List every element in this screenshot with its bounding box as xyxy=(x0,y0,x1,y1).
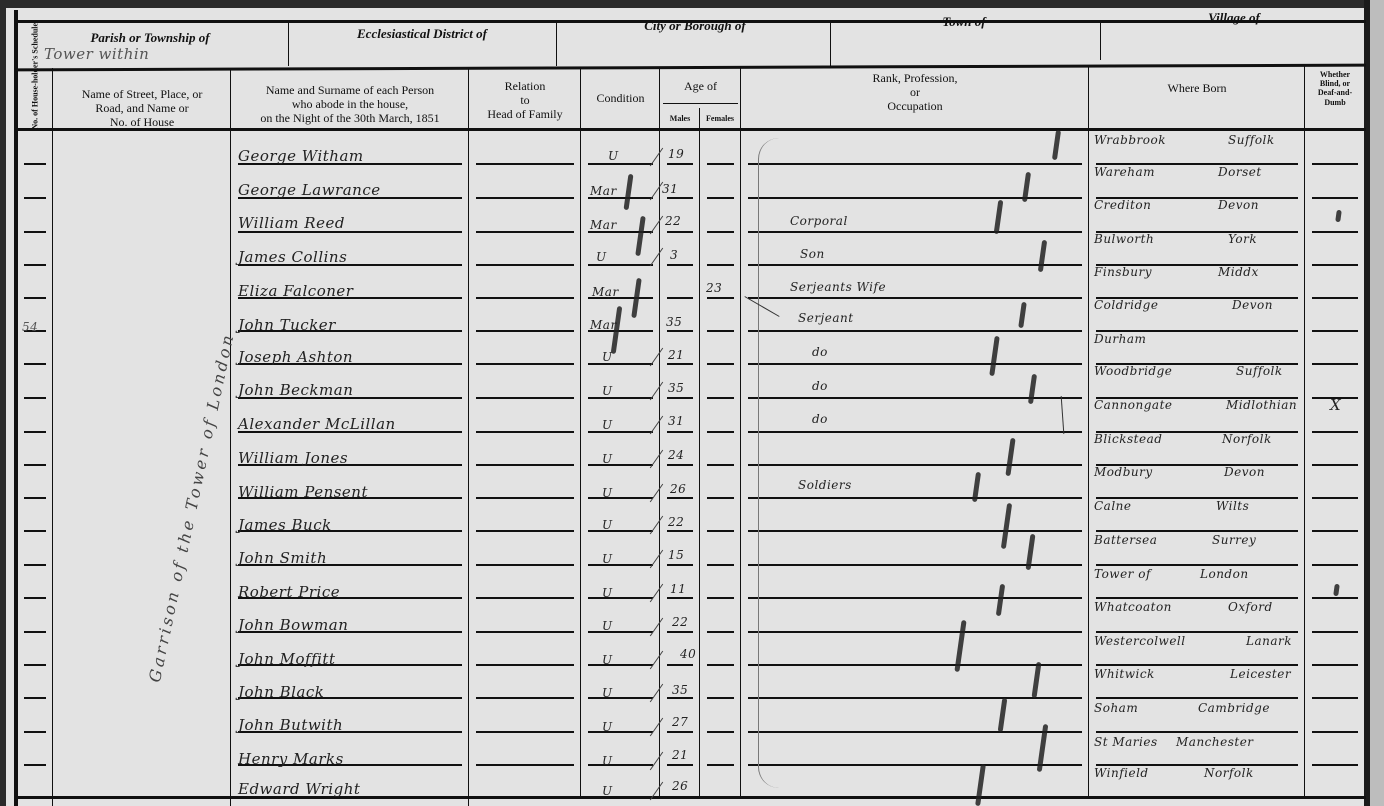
row-rule xyxy=(24,363,46,365)
born-county: Cambridge xyxy=(1198,701,1270,715)
rank-header-line: Rank, Profession, xyxy=(742,72,1088,86)
row-rule xyxy=(748,231,1082,233)
row-rule xyxy=(748,464,1082,466)
row-rule xyxy=(707,197,734,199)
male-age: 40 xyxy=(680,647,696,661)
row-rule xyxy=(1312,297,1358,299)
condition-value: U xyxy=(608,149,619,163)
row-rule xyxy=(476,731,574,733)
born-place: Finsbury xyxy=(1094,265,1152,279)
person-name: Joseph Ashton xyxy=(238,348,353,366)
condition-value: Mar xyxy=(590,318,617,332)
row-rule xyxy=(588,363,653,365)
person-name: John Butwith xyxy=(238,716,343,734)
row-rule xyxy=(667,431,693,433)
parish-value: Tower within xyxy=(44,45,149,63)
divider xyxy=(830,20,831,66)
street-header: Name of Street, Place, or Road, and Name… xyxy=(54,88,230,129)
row-rule xyxy=(667,731,693,733)
born-county: Devon xyxy=(1218,198,1259,212)
born-county: Leicester xyxy=(1230,667,1291,681)
row-rule xyxy=(707,564,734,566)
row-rule xyxy=(588,564,653,566)
born-county: Devon xyxy=(1232,298,1273,312)
male-age: 24 xyxy=(668,448,684,462)
village-label: Village of xyxy=(1104,11,1364,26)
occupation: Corporal xyxy=(790,214,848,228)
born-place: Cannongate xyxy=(1094,398,1173,412)
person-name: John Bowman xyxy=(238,616,348,634)
row-rule xyxy=(748,330,1082,332)
person-name: John Tucker xyxy=(238,316,336,334)
condition-value: U xyxy=(602,552,613,566)
born-county: Oxford xyxy=(1228,600,1273,614)
name-header-line: Name and Surname of each Person xyxy=(232,84,468,98)
row-rule xyxy=(476,330,574,332)
schedule-no-header: No. of House-holder's Schedule xyxy=(30,76,39,130)
row-rule xyxy=(588,631,653,633)
occupation: Serjeants Wife xyxy=(790,280,886,294)
person-name: Edward Wright xyxy=(238,780,360,798)
row-rule xyxy=(476,397,574,399)
occupation: Soldiers xyxy=(798,478,852,492)
row-rule xyxy=(1096,564,1298,566)
row-rule xyxy=(667,764,693,766)
condition-value: U xyxy=(602,619,613,633)
male-age: 35 xyxy=(668,381,684,395)
born-place: Modbury xyxy=(1094,465,1153,479)
male-age: 31 xyxy=(668,414,684,428)
condition-value: U xyxy=(602,754,613,768)
row-rule xyxy=(1312,330,1358,332)
born-place: Battersea xyxy=(1094,533,1157,547)
male-age: 35 xyxy=(672,683,688,697)
col-divider-males xyxy=(699,108,700,798)
row-rule xyxy=(1312,764,1358,766)
row-rule xyxy=(748,530,1082,532)
born-place: Durham xyxy=(1094,332,1146,346)
row-rule xyxy=(24,297,46,299)
condition-value: U xyxy=(602,418,613,432)
row-rule xyxy=(1312,363,1358,365)
row-rule xyxy=(1096,530,1298,532)
row-rule xyxy=(667,363,693,365)
female-age: 23 xyxy=(706,281,722,295)
condition-value: U xyxy=(602,586,613,600)
row-rule xyxy=(24,464,46,466)
row-rule xyxy=(1312,197,1358,199)
row-rule xyxy=(748,497,1082,499)
born-place: Whitwick xyxy=(1094,667,1155,681)
male-age: 19 xyxy=(668,147,684,161)
born-county: Surrey xyxy=(1212,533,1256,547)
born-county: Manchester xyxy=(1176,735,1254,749)
born-place: Blickstead xyxy=(1094,432,1162,446)
row-rule xyxy=(707,664,734,666)
row-rule xyxy=(667,664,693,666)
born-county: Midlothian xyxy=(1226,398,1297,412)
born-place: Bulworth xyxy=(1094,232,1154,246)
window-top-edge xyxy=(0,0,1384,8)
row-rule xyxy=(667,163,693,165)
condition-value: Mar xyxy=(592,285,619,299)
row-rule xyxy=(707,497,734,499)
male-age: 31 xyxy=(662,182,678,196)
row-rule xyxy=(476,163,574,165)
town-label: Town of xyxy=(834,15,1094,30)
male-age: 22 xyxy=(668,515,684,529)
row-rule xyxy=(1312,597,1358,599)
row-rule xyxy=(588,264,653,266)
parish-label: Parish or Township of xyxy=(20,31,280,46)
divider xyxy=(556,20,557,66)
row-rule xyxy=(24,163,46,165)
male-age: 21 xyxy=(672,748,688,762)
age-divider xyxy=(663,103,738,104)
male-age: 35 xyxy=(666,315,682,329)
row-rule xyxy=(667,397,693,399)
page-edge xyxy=(1370,0,1384,806)
row-rule xyxy=(707,764,734,766)
occupation: do xyxy=(812,379,828,393)
born-place: Woodbridge xyxy=(1094,364,1172,378)
condition-header: Condition xyxy=(582,92,659,106)
row-rule xyxy=(748,631,1082,633)
col-divider-name xyxy=(468,68,469,806)
row-rule xyxy=(748,764,1082,766)
person-name: George Witham xyxy=(238,147,364,165)
row-rule xyxy=(707,297,734,299)
row-rule xyxy=(707,397,734,399)
occupation: do xyxy=(812,345,828,359)
header-bottom-border xyxy=(14,128,1366,131)
male-age: 15 xyxy=(668,548,684,562)
born-place: Coldridge xyxy=(1094,298,1158,312)
row-rule xyxy=(24,397,46,399)
table-bottom-border xyxy=(14,796,1366,799)
row-rule xyxy=(24,564,46,566)
condition-value: U xyxy=(602,384,613,398)
born-county: Wilts xyxy=(1216,499,1249,513)
row-rule xyxy=(748,731,1082,733)
row-rule xyxy=(707,231,734,233)
row-rule xyxy=(1312,530,1358,532)
row-rule xyxy=(667,231,693,233)
condition-value: U xyxy=(602,653,613,667)
born-place: Crediton xyxy=(1094,198,1151,212)
name-header-line: on the Night of the 30th March, 1851 xyxy=(232,112,468,126)
person-name: Eliza Falconer xyxy=(238,282,353,300)
row-rule xyxy=(707,530,734,532)
condition-value: Mar xyxy=(590,218,617,232)
relation-header: Relation to Head of Family xyxy=(470,80,580,121)
row-rule xyxy=(667,264,693,266)
occupation: Serjeant xyxy=(798,311,854,325)
person-name: Robert Price xyxy=(238,583,340,601)
row-rule xyxy=(748,197,1082,199)
male-age: 26 xyxy=(672,779,688,793)
row-rule xyxy=(24,431,46,433)
condition-value: U xyxy=(602,452,613,466)
divider xyxy=(288,20,289,66)
condition-value: U xyxy=(596,250,607,264)
row-rule xyxy=(748,297,1082,299)
person-name: Henry Marks xyxy=(238,750,344,768)
row-rule xyxy=(24,530,46,532)
row-rule xyxy=(1312,731,1358,733)
row-rule xyxy=(476,264,574,266)
row-rule xyxy=(588,664,653,666)
person-name: John Moffitt xyxy=(238,650,335,668)
row-rule xyxy=(24,731,46,733)
row-rule xyxy=(667,564,693,566)
row-rule xyxy=(707,363,734,365)
row-rule xyxy=(1312,697,1358,699)
name-header-line: who abode in the house, xyxy=(232,98,468,112)
row-rule xyxy=(476,530,574,532)
person-name: William Pensent xyxy=(238,483,368,501)
row-rule xyxy=(588,597,653,599)
col-divider-relation xyxy=(580,68,581,798)
row-rule xyxy=(1312,631,1358,633)
male-age: 27 xyxy=(672,715,688,729)
name-header: Name and Surname of each Person who abod… xyxy=(232,84,468,125)
born-county: Norfolk xyxy=(1222,432,1272,446)
person-name: George Lawrance xyxy=(238,181,381,199)
row-rule xyxy=(24,664,46,666)
row-rule xyxy=(588,163,653,165)
rank-header-line: or xyxy=(742,86,1088,100)
blind-header-line: Deaf-and- xyxy=(1306,88,1364,97)
row-rule xyxy=(476,464,574,466)
row-rule xyxy=(588,530,653,532)
person-name: William Jones xyxy=(238,449,348,467)
row-rule xyxy=(1312,163,1358,165)
row-rule xyxy=(476,297,574,299)
row-rule xyxy=(1096,631,1298,633)
row-rule xyxy=(476,564,574,566)
schedule-number: 54 xyxy=(22,320,38,334)
row-rule xyxy=(707,597,734,599)
row-rule xyxy=(667,530,693,532)
row-rule xyxy=(476,431,574,433)
born-county: London xyxy=(1200,567,1249,581)
row-rule xyxy=(588,764,653,766)
rank-header-line: Occupation xyxy=(742,100,1088,114)
row-rule xyxy=(667,631,693,633)
where-born-header: Where Born xyxy=(1090,82,1304,96)
row-rule xyxy=(748,664,1082,666)
row-rule xyxy=(1096,597,1298,599)
row-rule xyxy=(476,597,574,599)
person-name: John Beckman xyxy=(238,381,353,399)
row-rule xyxy=(476,664,574,666)
male-age: 26 xyxy=(670,482,686,496)
row-rule xyxy=(1312,664,1358,666)
born-place: Whatcoaton xyxy=(1094,600,1172,614)
condition-value: Mar xyxy=(590,184,617,198)
row-rule xyxy=(24,631,46,633)
row-rule xyxy=(748,431,1082,433)
city-label: City or Borough of xyxy=(560,19,830,34)
row-rule xyxy=(588,731,653,733)
born-county: Devon xyxy=(1224,465,1265,479)
born-place: St Maries xyxy=(1094,735,1158,749)
person-name: John Smith xyxy=(238,549,327,567)
relation-header-line: Head of Family xyxy=(470,108,580,122)
row-rule xyxy=(707,631,734,633)
born-county: Norfolk xyxy=(1204,766,1254,780)
row-rule xyxy=(588,397,653,399)
born-place: Calne xyxy=(1094,499,1132,513)
row-rule xyxy=(476,363,574,365)
born-county: Middx xyxy=(1218,265,1259,279)
row-rule xyxy=(24,597,46,599)
male-age: 11 xyxy=(670,582,686,596)
person-name: Alexander McLillan xyxy=(238,415,396,433)
street-header-line: Name of Street, Place, or xyxy=(54,88,230,102)
person-name: William Reed xyxy=(238,214,345,232)
condition-value: U xyxy=(602,784,613,798)
row-rule xyxy=(707,163,734,165)
row-rule xyxy=(1312,497,1358,499)
person-name: James Collins xyxy=(238,248,347,266)
row-rule xyxy=(588,431,653,433)
relation-header-line: to xyxy=(470,94,580,108)
born-county: Lanark xyxy=(1246,634,1292,648)
born-place: Westercolwell xyxy=(1094,634,1186,648)
blind-header-line: Blind, or xyxy=(1306,79,1364,88)
row-rule xyxy=(1096,664,1298,666)
divider xyxy=(1100,20,1101,60)
col-divider-schedule xyxy=(52,68,53,806)
male-age: 3 xyxy=(670,248,678,262)
col-divider-born xyxy=(1304,66,1305,796)
born-place: Tower of xyxy=(1094,567,1151,581)
condition-value: U xyxy=(602,686,613,700)
born-place: Wrabbrook xyxy=(1094,133,1166,147)
street-header-line: Road, and Name or xyxy=(54,102,230,116)
row-rule xyxy=(476,197,574,199)
ecclesiastical-label: Ecclesiastical District of xyxy=(292,27,552,42)
row-rule xyxy=(1312,464,1358,466)
row-rule xyxy=(667,464,693,466)
relation-header-line: Relation xyxy=(470,80,580,94)
blind-header-line: Whether xyxy=(1306,70,1364,79)
row-rule xyxy=(476,697,574,699)
row-rule xyxy=(667,697,693,699)
row-rule xyxy=(1312,264,1358,266)
person-name: John Black xyxy=(238,683,324,701)
row-rule xyxy=(476,631,574,633)
born-place: Wareham xyxy=(1094,165,1155,179)
row-rule xyxy=(588,697,653,699)
row-rule xyxy=(476,231,574,233)
row-rule xyxy=(24,497,46,499)
occupation: Son xyxy=(800,247,825,261)
row-rule xyxy=(707,731,734,733)
condition-value: U xyxy=(602,518,613,532)
blind-header-line: Dumb xyxy=(1306,98,1364,107)
row-rule xyxy=(748,363,1082,365)
row-rule xyxy=(748,564,1082,566)
row-rule xyxy=(667,197,693,199)
row-rule xyxy=(24,197,46,199)
row-rule xyxy=(24,264,46,266)
male-age: 22 xyxy=(672,615,688,629)
person-name: James Buck xyxy=(238,516,332,534)
occupation: do xyxy=(812,412,828,426)
born-county: Suffolk xyxy=(1228,133,1275,147)
row-rule xyxy=(476,764,574,766)
sheet-right-border xyxy=(1364,0,1370,806)
blind-header: Whether Blind, or Deaf-and- Dumb xyxy=(1306,70,1364,107)
rank-header: Rank, Profession, or Occupation xyxy=(742,72,1088,113)
row-rule xyxy=(1312,431,1358,433)
born-county: Suffolk xyxy=(1236,364,1283,378)
row-rule xyxy=(24,697,46,699)
row-rule xyxy=(1312,564,1358,566)
row-rule xyxy=(707,330,734,332)
col-divider-rank xyxy=(1088,66,1089,798)
row-rule xyxy=(24,764,46,766)
row-rule xyxy=(707,697,734,699)
row-rule xyxy=(748,597,1082,599)
male-age: 21 xyxy=(668,348,684,362)
born-place: Soham xyxy=(1094,701,1138,715)
row-rule xyxy=(748,163,1082,165)
blind-mark: X xyxy=(1330,396,1341,414)
col-divider-age xyxy=(740,68,741,798)
born-place: Winfield xyxy=(1094,766,1149,780)
row-rule xyxy=(707,431,734,433)
row-rule xyxy=(588,464,653,466)
row-rule xyxy=(707,464,734,466)
condition-value: U xyxy=(602,486,613,500)
row-rule xyxy=(24,231,46,233)
row-rule xyxy=(707,264,734,266)
males-header: Males xyxy=(661,114,699,123)
row-rule xyxy=(667,297,693,299)
row-rule xyxy=(667,497,693,499)
row-rule xyxy=(667,597,693,599)
row-rule xyxy=(748,264,1082,266)
condition-value: U xyxy=(602,720,613,734)
male-age: 22 xyxy=(665,214,681,228)
row-rule xyxy=(1312,231,1358,233)
occupation-brace xyxy=(758,138,779,788)
row-rule xyxy=(1096,697,1298,699)
row-rule xyxy=(1096,731,1298,733)
born-county: York xyxy=(1228,232,1257,246)
row-rule xyxy=(588,497,653,499)
females-header: Females xyxy=(700,114,740,123)
col-divider-street xyxy=(230,68,231,806)
row-rule xyxy=(667,330,693,332)
row-rule xyxy=(476,497,574,499)
age-of-header: Age of xyxy=(661,80,740,94)
born-county: Dorset xyxy=(1218,165,1262,179)
